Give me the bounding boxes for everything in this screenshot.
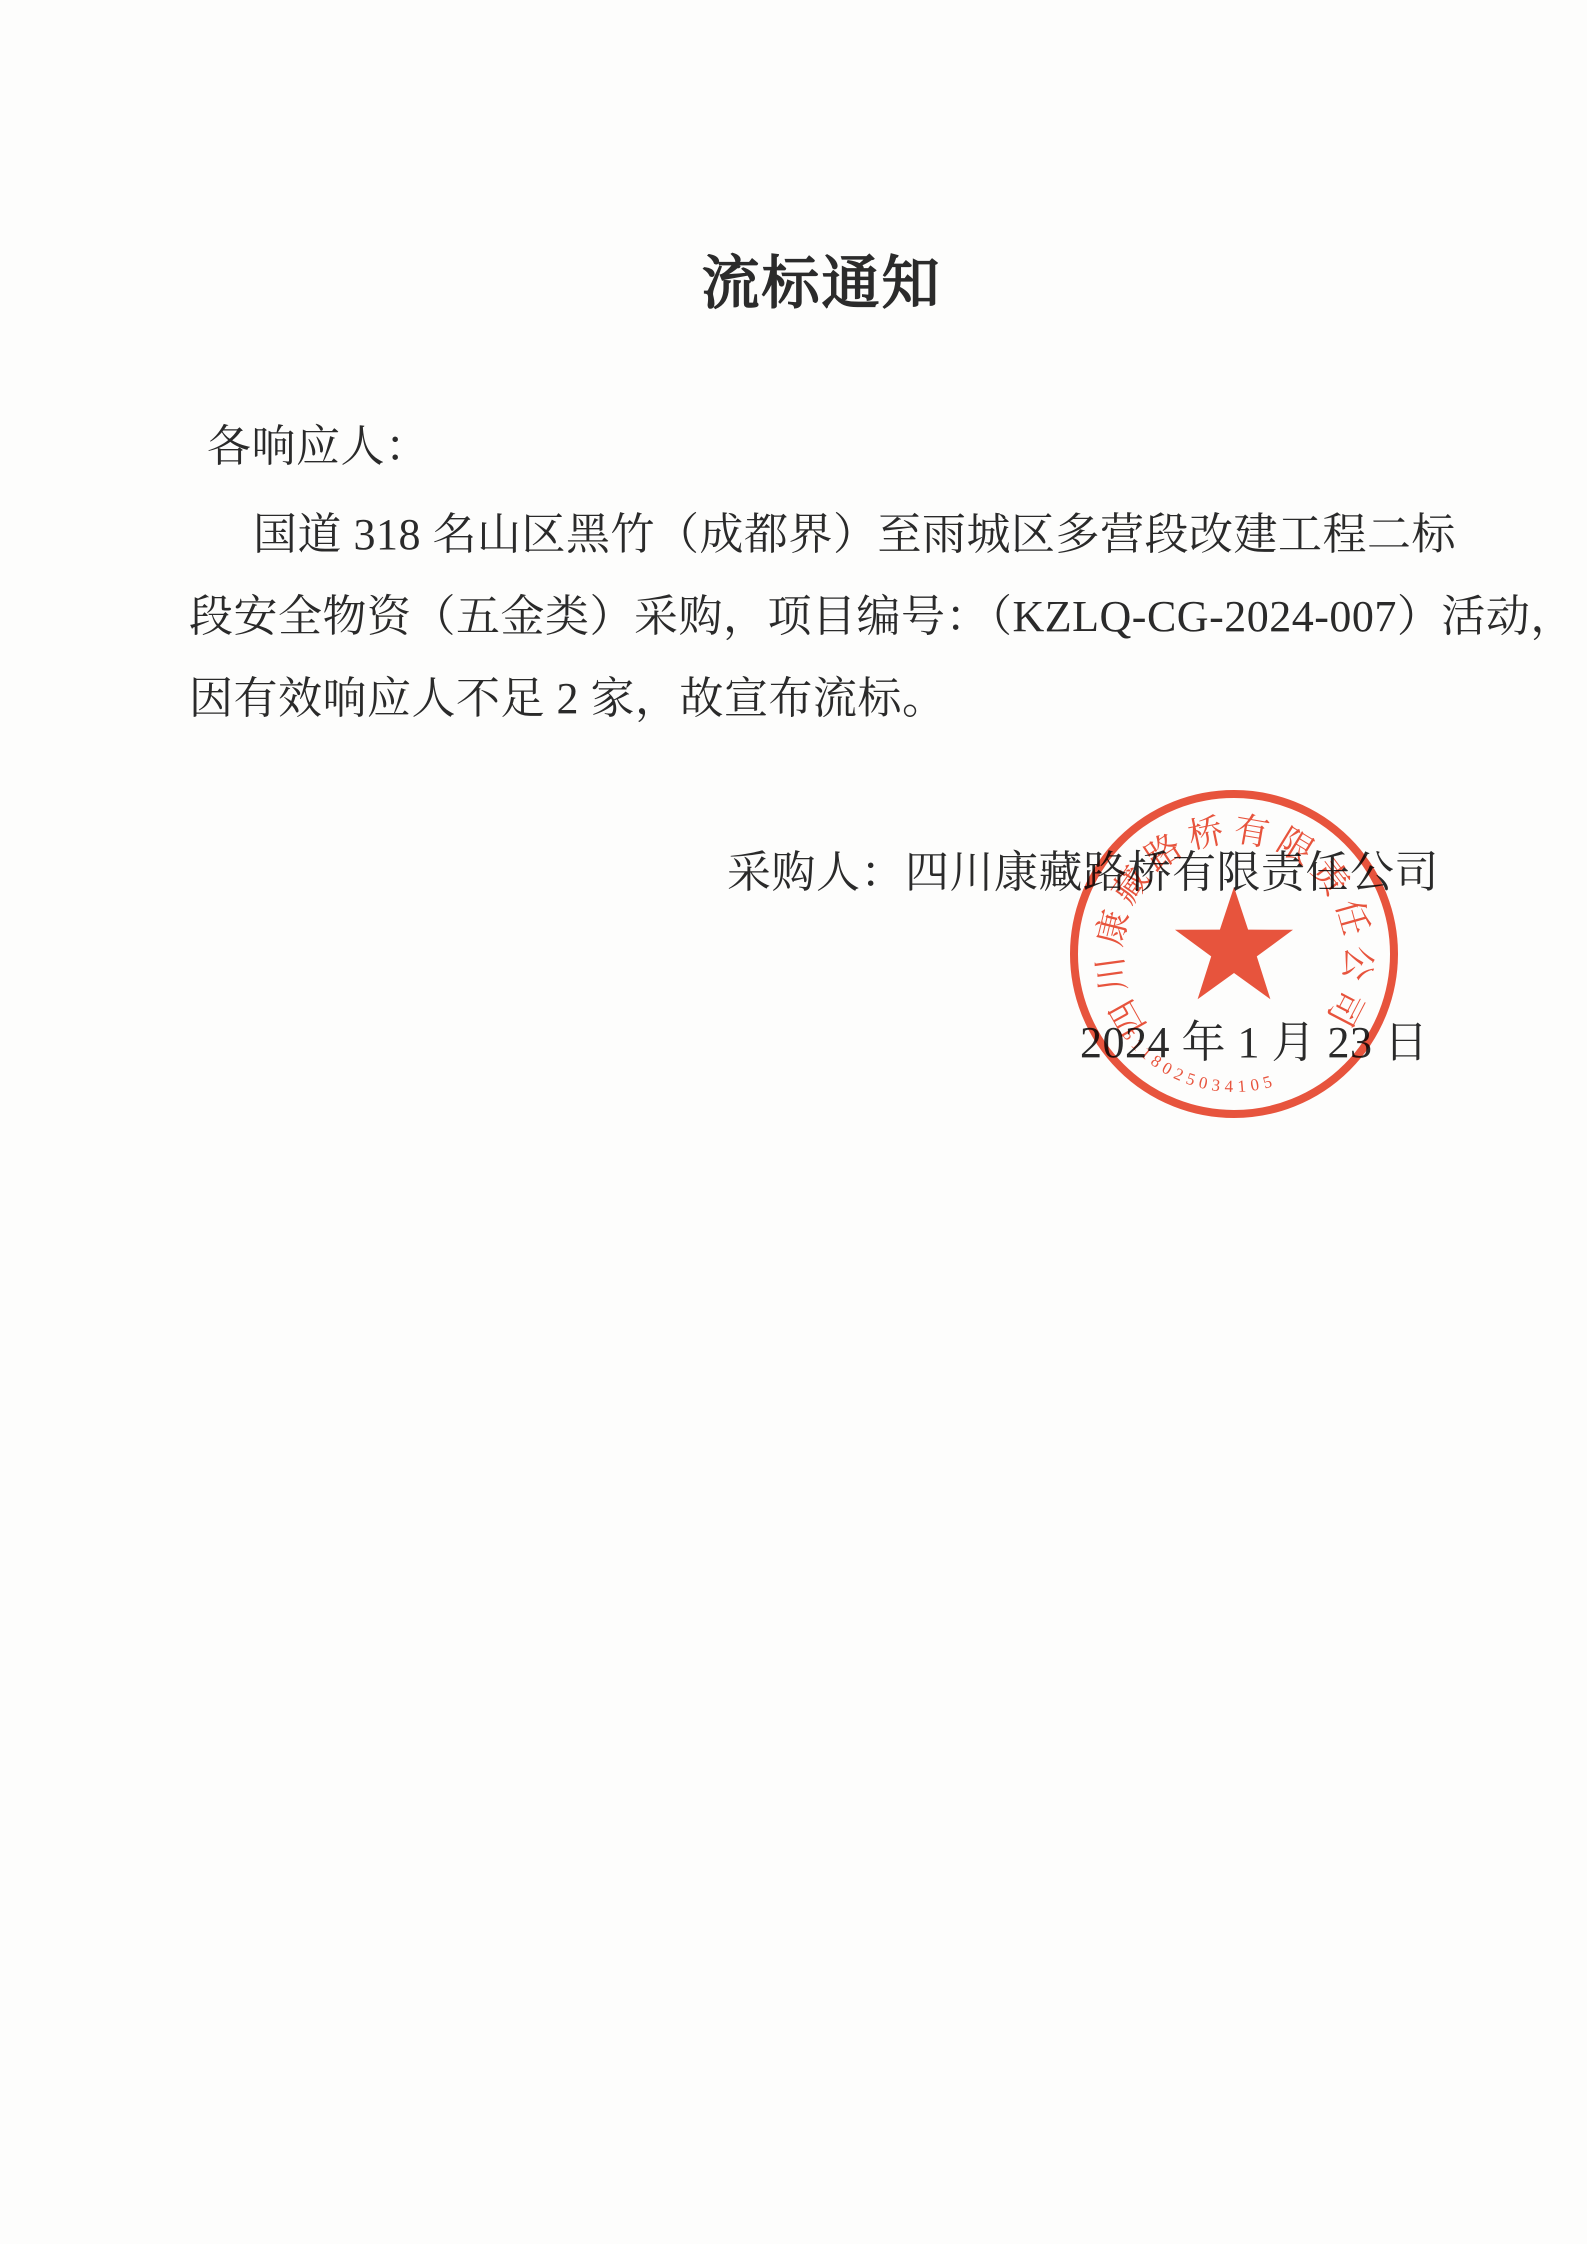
document-page: 流标通知 各响应人： 国道 318 名山区黑竹（成都界）至雨城区多营段改建工程二…	[0, 0, 1587, 2244]
paragraph-line: 国道 318 名山区黑竹（成都界）至雨城区多营段改建工程二标	[253, 498, 1456, 562]
salutation: 各响应人：	[207, 410, 430, 474]
paragraph-line: 因有效响应人不足 2 家，故宣布流标。	[189, 662, 947, 726]
company-seal: 四川康藏路桥有限责任公司 5118025034105	[1059, 779, 1409, 1129]
document-title: 流标通知	[28, 236, 1587, 320]
paragraph-line: 段安全物资（五金类）采购，项目编号：（KZLQ-CG-2024-007）活动，	[189, 580, 1575, 644]
seal-star-icon	[1175, 887, 1293, 999]
